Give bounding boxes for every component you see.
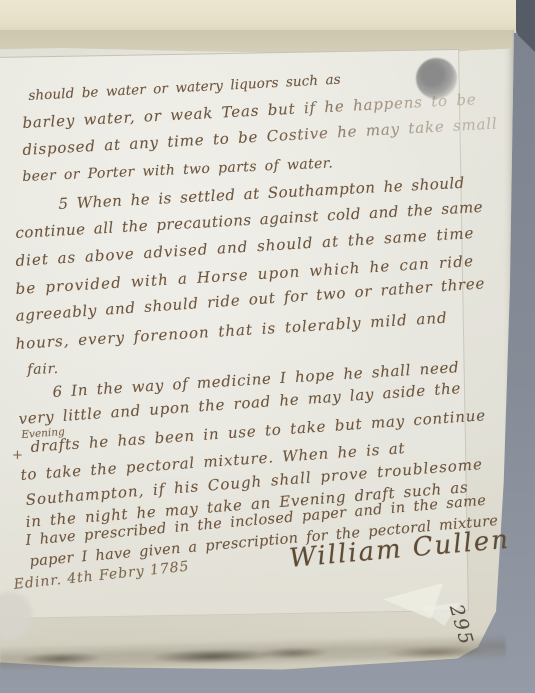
manuscript-photo: should be water or watery liquors such a… <box>0 0 535 693</box>
letter-line: fair. <box>27 361 59 378</box>
previous-page-edge <box>0 0 516 33</box>
insertion-caret: + <box>12 448 23 463</box>
